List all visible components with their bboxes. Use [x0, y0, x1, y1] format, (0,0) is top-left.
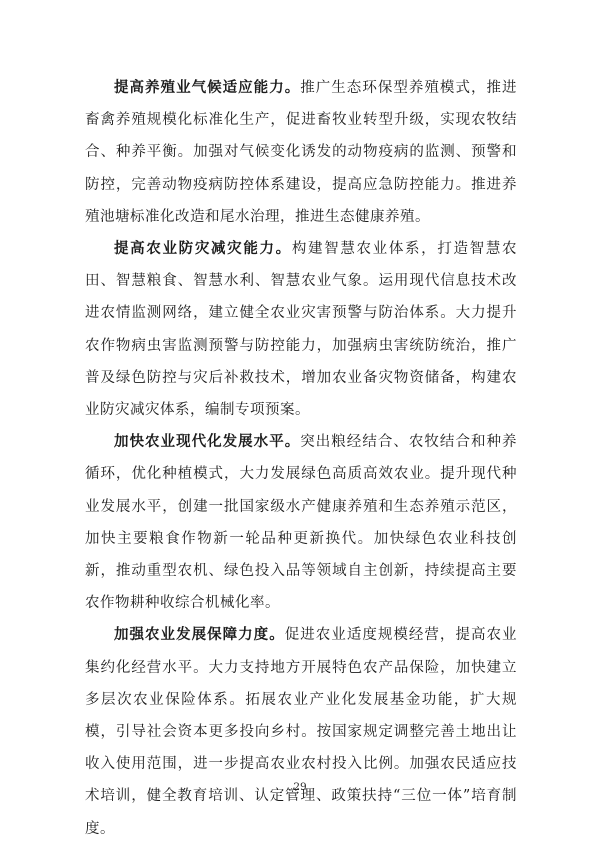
paragraph-lead: 提高养殖业气候适应能力。	[114, 80, 300, 96]
document-body: 提高养殖业气候适应能力。推广生态环保型养殖模式，推进畜禽养殖规模化标准化生产，促…	[85, 72, 517, 845]
paragraph: 提高农业防灾减灾能力。构建智慧农业体系，打造智慧农田、智慧粮食、智慧水利、智慧农…	[85, 233, 517, 426]
paragraph-lead: 加强农业发展保障力度。	[114, 627, 285, 643]
paragraph: 加强农业发展保障力度。促进农业适度规模经营，提高农业集约化经营水平。大力支持地方…	[85, 619, 517, 844]
paragraph-text: 构建智慧农业体系，打造智慧农田、智慧粮食、智慧水利、智慧农业气象。运用现代信息技…	[85, 241, 517, 418]
document-page: 提高养殖业气候适应能力。推广生态环保型养殖模式，推进畜禽养殖规模化标准化生产，促…	[0, 0, 600, 848]
paragraph-text: 促进农业适度规模经营，提高农业集约化经营水平。大力支持地方开展特色农产品保险，加…	[85, 627, 517, 836]
paragraph: 加快农业现代化发展水平。突出粮经结合、农牧结合和种养循环，优化种植模式，大力发展…	[85, 426, 517, 619]
paragraph: 提高养殖业气候适应能力。推广生态环保型养殖模式，推进畜禽养殖规模化标准化生产，促…	[85, 72, 517, 233]
paragraph-text: 推广生态环保型养殖模式，推进畜禽养殖规模化标准化生产，促进畜牧业转型升级，实现农…	[85, 80, 517, 225]
paragraph-text: 突出粮经结合、农牧结合和种养循环，优化种植模式，大力发展绿色高质高效农业。提升现…	[85, 434, 517, 611]
paragraph-lead: 提高农业防灾减灾能力。	[114, 241, 292, 257]
page-number: 29	[0, 781, 600, 793]
paragraph-lead: 加快农业现代化发展水平。	[114, 434, 300, 450]
